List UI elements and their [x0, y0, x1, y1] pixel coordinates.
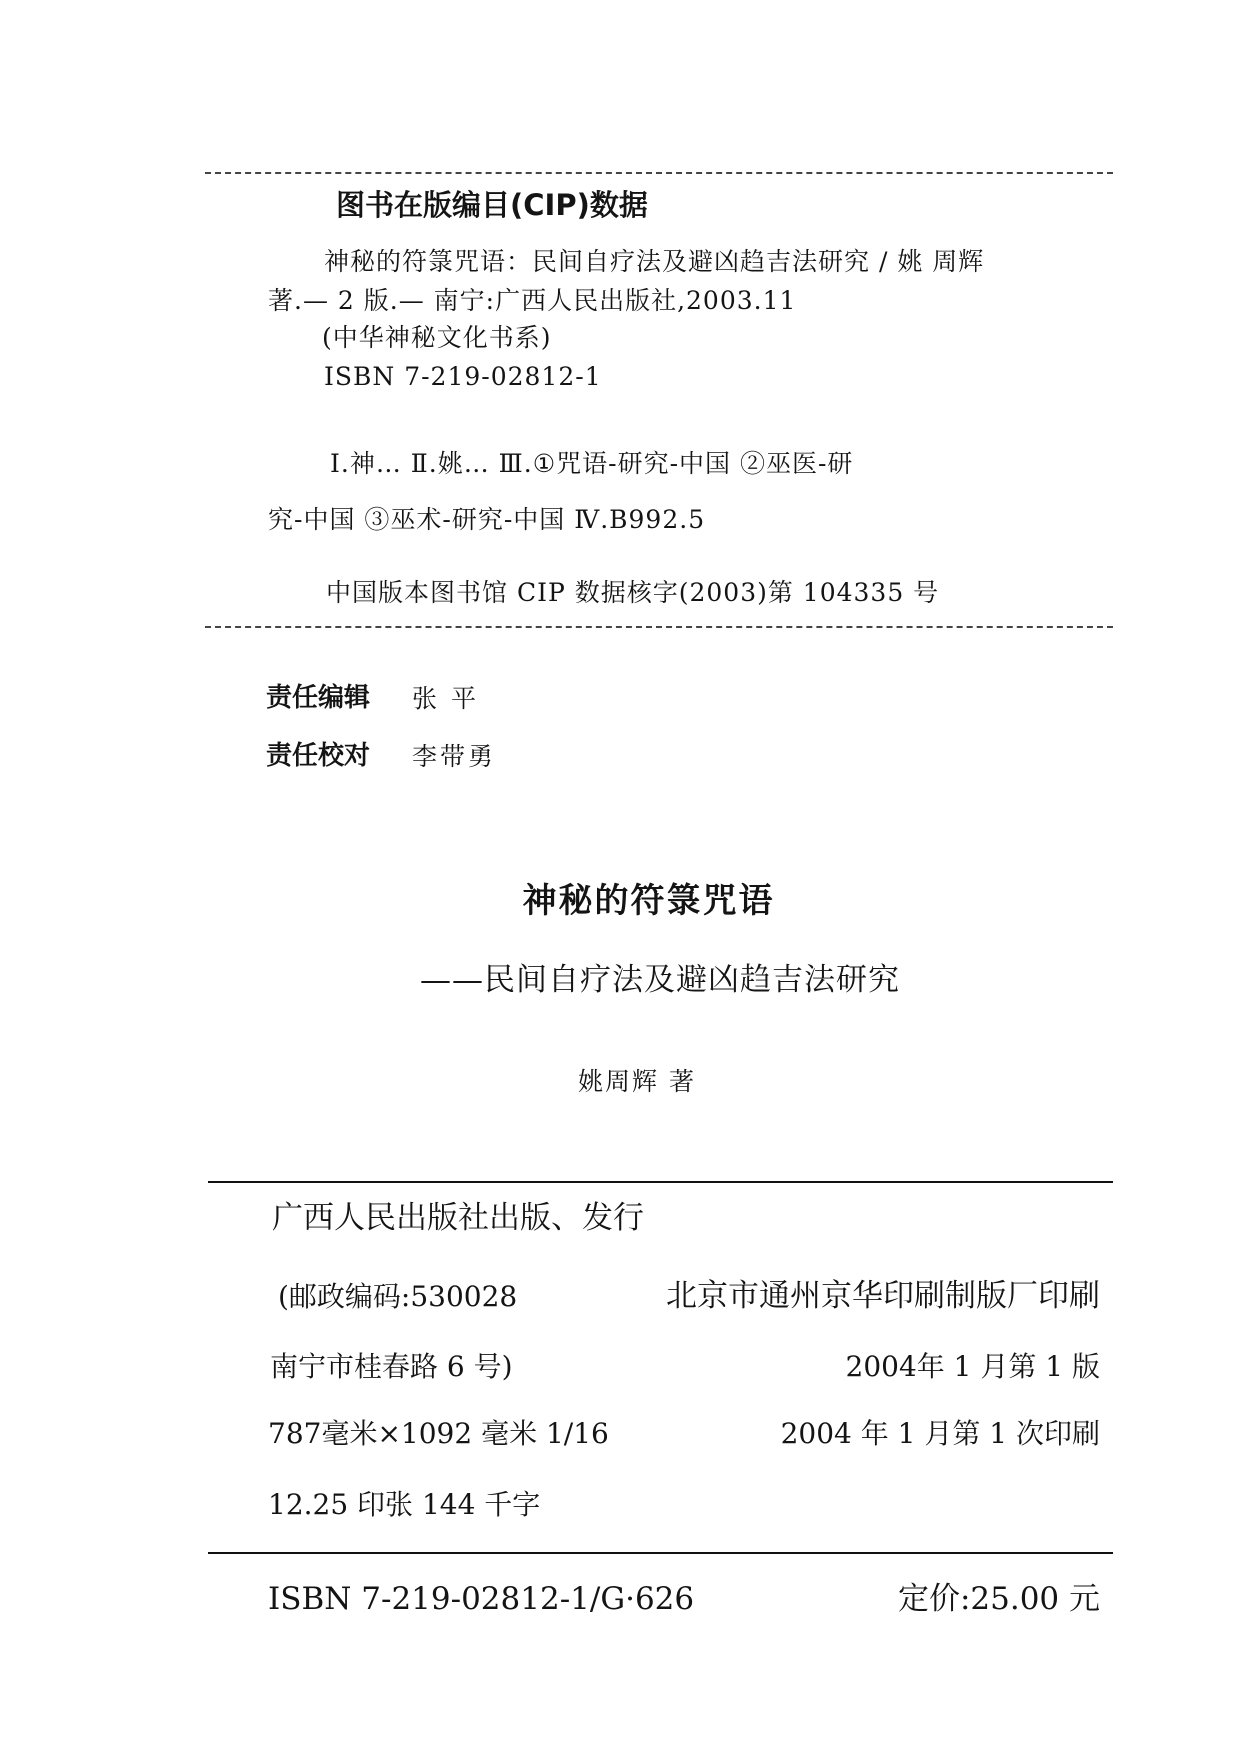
cip-classification-line-2: 究-中国 ③巫术-研究-中国 Ⅳ.B992.5 — [268, 507, 705, 532]
proofreader-name: 李带勇 — [412, 744, 496, 769]
cip-classification-line-1: Ⅰ.神… Ⅱ.姚… Ⅲ.①咒语-研究-中国 ②巫医-研 — [330, 451, 853, 476]
price: 定价:25.00 元 — [898, 1584, 1100, 1615]
editor-name: 张 平 — [412, 686, 479, 711]
book-title: 神秘的符箓咒语 — [0, 884, 1241, 918]
imprint-bottom-divider — [208, 1552, 1113, 1554]
book-author: 姚周辉 著 — [578, 1069, 696, 1094]
edition: 2004年 1 月第 1 版 — [846, 1353, 1101, 1381]
cip-line-edition: 著.— 2 版.— 南宁:广西人民出版社,2003.11 — [268, 288, 796, 313]
imprint-top-divider — [208, 1181, 1113, 1183]
isbn-full: ISBN 7-219-02812-1/G·626 — [268, 1584, 694, 1615]
publisher-address: 南宁市桂春路 6 号) — [270, 1353, 513, 1381]
printer: 北京市通州京华印刷制版厂印刷 — [666, 1281, 1100, 1312]
cip-line-isbn: ISBN 7-219-02812-1 — [324, 364, 602, 389]
proofreader-label: 责任校对 — [266, 743, 370, 769]
cip-line-title: 神秘的符箓咒语：民间自疗法及避凶趋吉法研究 / 姚 周辉 — [324, 249, 984, 274]
sheets-wordcount: 12.25 印张 144 千字 — [268, 1491, 540, 1519]
editor-label: 责任编辑 — [266, 685, 370, 711]
publisher: 广西人民出版社出版、发行 — [272, 1203, 644, 1234]
format-size: 787毫米×1092 毫米 1/16 — [268, 1420, 609, 1448]
cip-bottom-divider — [205, 626, 1113, 628]
printing: 2004 年 1 月第 1 次印刷 — [781, 1420, 1100, 1448]
cip-record-number: 中国版本图书馆 CIP 数据核字(2003)第 104335 号 — [326, 580, 939, 605]
cip-top-divider — [205, 172, 1113, 174]
book-subtitle: ——民间自疗法及避凶趋吉法研究 — [420, 965, 900, 996]
postal-code: (邮政编码:530028 — [278, 1283, 517, 1311]
cip-line-series: (中华神秘文化书系) — [322, 325, 552, 350]
cip-heading: 图书在版编目(CIP)数据 — [336, 191, 648, 220]
